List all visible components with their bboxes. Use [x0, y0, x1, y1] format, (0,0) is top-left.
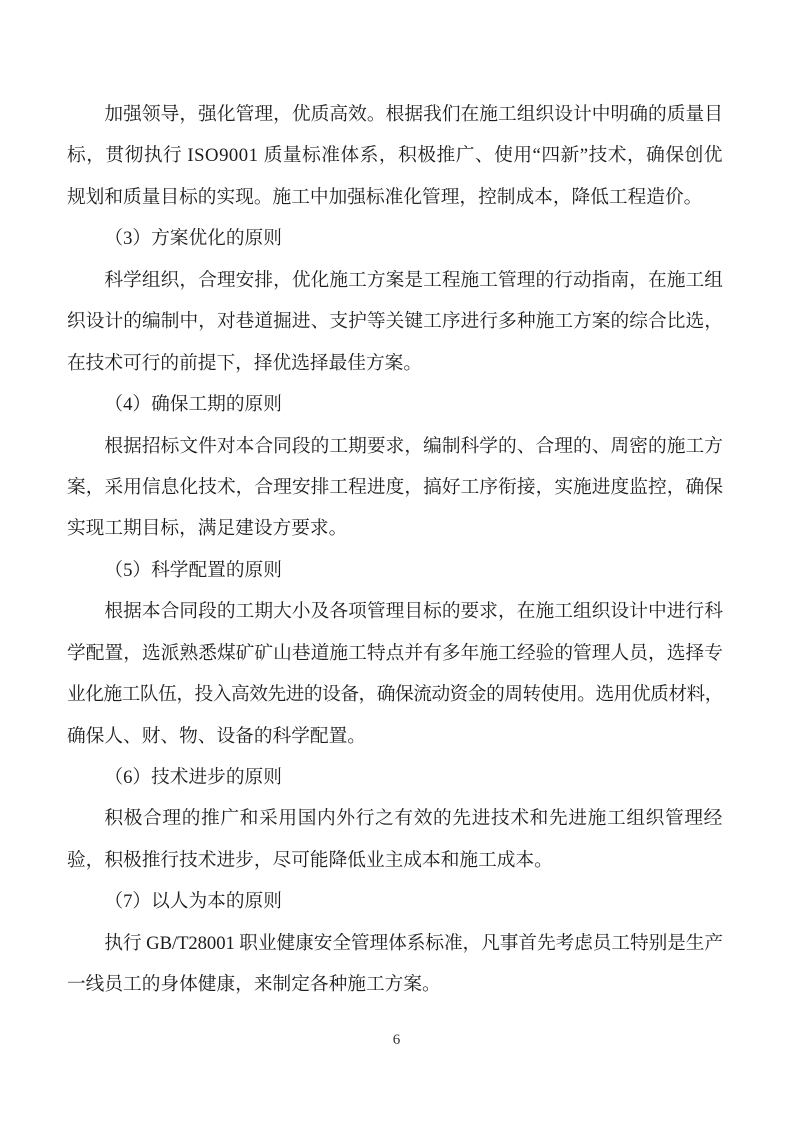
line-text: 标，贯彻执行 ISO9001 质量标准体系，积极推广、使用“四新”技术，确保创优: [67, 145, 723, 166]
section-heading: （5）科学配置的原则: [67, 550, 723, 591]
line-text: 根据本合同段的工期大小及各项管理目标的要求，在施工组织设计中进行科: [104, 601, 723, 622]
document-body: 加强领导，强化管理，优质高效。根据我们在施工组织设计中明确的质量目 标，贯彻执行…: [67, 94, 723, 1006]
section-heading: （6）技术进步的原则: [67, 757, 723, 798]
text-line: 案，采用信息化技术，合理安排工程进度，搞好工序衔接，实施进度监控，确保: [67, 467, 723, 508]
line-text: 在技术可行的前提下，择优选择最佳方案。: [67, 353, 422, 374]
document-page: 加强领导，强化管理，优质高效。根据我们在施工组织设计中明确的质量目 标，贯彻执行…: [0, 0, 793, 1122]
text-line: 根据本合同段的工期大小及各项管理目标的要求，在施工组织设计中进行科: [67, 591, 723, 632]
text-line: 一线员工的身体健康，来制定各种施工方案。: [67, 964, 723, 1005]
text-line: 实现工期目标，满足建设方要求。: [67, 508, 723, 549]
text-line: 织设计的编制中，对巷道掘进、支护等关键工序进行多种施工方案的综合比选，: [67, 301, 723, 342]
section-heading: （4）确保工期的原则: [67, 384, 723, 425]
text-line: 根据招标文件对本合同段的工期要求，编制科学的、合理的、周密的施工方: [67, 426, 723, 467]
text-line: 执行 GB/T28001 职业健康安全管理体系标准，凡事首先考虑员工特别是生产: [67, 923, 723, 964]
section-heading: （3）方案优化的原则: [67, 218, 723, 259]
line-text: 规划和质量目标的实现。施工中加强标准化管理，控制成本，降低工程造价。: [67, 187, 702, 208]
line-text: 科学组织，合理安排，优化施工方案是工程施工管理的行动指南，在施工组: [104, 270, 723, 291]
text-line: 积极合理的推广和采用国内外行之有效的先进技术和先进施工组织管理经: [67, 798, 723, 839]
line-text: 根据招标文件对本合同段的工期要求，编制科学的、合理的、周密的施工方: [104, 436, 723, 457]
text-line: 业化施工队伍，投入高效先进的设备，确保流动资金的周转使用。选用优质材料，: [67, 674, 723, 715]
line-text: 学配置，选派熟悉煤矿矿山巷道施工特点并有多年施工经验的管理人员，选择专: [67, 643, 723, 664]
text-line: 规划和质量目标的实现。施工中加强标准化管理，控制成本，降低工程造价。: [67, 177, 723, 218]
line-text: 案，采用信息化技术，合理安排工程进度，搞好工序衔接，实施进度监控，确保: [67, 477, 723, 498]
line-text: （7）以人为本的原则: [104, 891, 282, 912]
line-text: （6）技术进步的原则: [104, 767, 282, 788]
section-heading: （7）以人为本的原则: [67, 881, 723, 922]
line-text: 一线员工的身体健康，来制定各种施工方案。: [67, 974, 441, 995]
line-text: 验，积极推行技术进步，尽可能降低业主成本和施工成本。: [67, 850, 553, 871]
line-text: 织设计的编制中，对巷道掘进、支护等关键工序进行多种施工方案的综合比选，: [67, 311, 723, 332]
text-line: 确保人、财、物、设备的科学配置。: [67, 716, 723, 757]
line-text: 实现工期目标，满足建设方要求。: [67, 518, 347, 539]
line-text: （5）科学配置的原则: [104, 560, 282, 581]
line-text: 确保人、财、物、设备的科学配置。: [67, 726, 366, 747]
text-line: 加强领导，强化管理，优质高效。根据我们在施工组织设计中明确的质量目: [67, 94, 723, 135]
text-line: 在技术可行的前提下，择优选择最佳方案。: [67, 343, 723, 384]
line-text: 加强领导，强化管理，优质高效。根据我们在施工组织设计中明确的质量目: [104, 104, 723, 125]
text-line: 科学组织，合理安排，优化施工方案是工程施工管理的行动指南，在施工组: [67, 260, 723, 301]
line-text: （4）确保工期的原则: [104, 394, 282, 415]
line-text: 执行 GB/T28001 职业健康安全管理体系标准，凡事首先考虑员工特别是生产: [104, 933, 723, 954]
line-text: 业化施工队伍，投入高效先进的设备，确保流动资金的周转使用。选用优质材料，: [67, 684, 723, 705]
text-line: 标，贯彻执行 ISO9001 质量标准体系，积极推广、使用“四新”技术，确保创优: [67, 135, 723, 176]
page-number: 6: [393, 1032, 401, 1048]
line-text: （3）方案优化的原则: [104, 228, 282, 249]
text-line: 学配置，选派熟悉煤矿矿山巷道施工特点并有多年施工经验的管理人员，选择专: [67, 633, 723, 674]
page-footer: 6: [0, 1031, 793, 1049]
line-text: 积极合理的推广和采用国内外行之有效的先进技术和先进施工组织管理经: [104, 808, 723, 829]
text-line: 验，积极推行技术进步，尽可能降低业主成本和施工成本。: [67, 840, 723, 881]
